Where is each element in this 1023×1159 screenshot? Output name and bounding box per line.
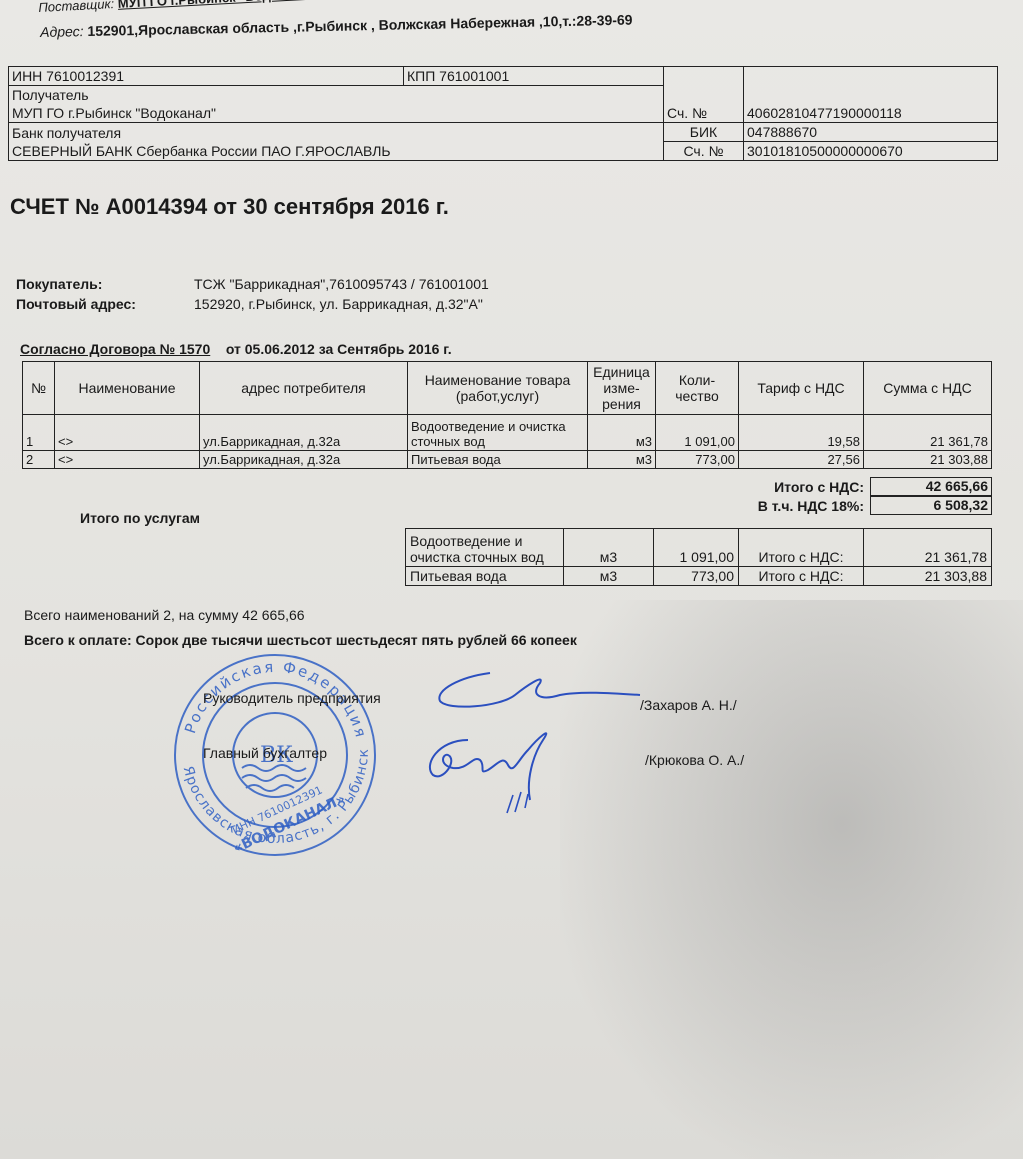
- bik-label: БИК: [664, 123, 744, 142]
- bank-details-table: ИНН 7610012391 КПП 761001001 Сч. № 40602…: [8, 66, 998, 161]
- col-header: Тариф с НДС: [739, 362, 864, 415]
- row-name: <>: [55, 451, 200, 469]
- buyer-label: Покупатель:: [16, 274, 194, 294]
- corr-account-label: Сч. №: [664, 142, 744, 161]
- contract-number: Согласно Договора № 1570: [20, 341, 210, 357]
- items-count-line: Всего наименований 2, на сумму 42 665,66: [24, 607, 305, 623]
- postal-label: Почтовый адрес:: [16, 294, 194, 314]
- svc-sum: 21 361,78: [864, 529, 992, 567]
- vat-label: В т.ч. НДС 18%:: [758, 498, 870, 514]
- supplier-name: МУП ГО г.Рыбинск "Водоканал": [117, 0, 322, 11]
- bank-label: Банк получателя: [9, 123, 664, 142]
- svc-qty: 773,00: [654, 567, 739, 586]
- vat-value: 6 508,32: [870, 496, 992, 515]
- totals-block: Итого с НДС:42 665,66 В т.ч. НДС 18%:6 5…: [600, 477, 992, 515]
- corr-account: 30101810500000000670: [744, 142, 998, 161]
- row-number: 1: [23, 415, 55, 451]
- col-header: Коли-чество: [656, 362, 739, 415]
- buyer-block: Покупатель:ТСЖ "Баррикадная",7610095743 …: [16, 274, 489, 314]
- table-row: Питьевая вода м3 773,00 Итого с НДС: 21 …: [406, 567, 992, 586]
- kpp: КПП 761001001: [404, 67, 664, 86]
- account-number: 40602810477190000118: [744, 67, 998, 123]
- col-header: Единица изме-рения: [588, 362, 656, 415]
- table-row: 1 <> ул.Баррикадная, д.32а Водоотведение…: [23, 415, 992, 451]
- supplier-label: Поставщик:: [38, 0, 115, 15]
- row-unit: м3: [588, 451, 656, 469]
- svc-service: Питьевая вода: [406, 567, 564, 586]
- col-header: №: [23, 362, 55, 415]
- contract-line: Согласно Договора № 1570 от 05.06.2012 з…: [20, 341, 452, 357]
- supplier-address: 152901,Ярославская область ,г.Рыбинск , …: [87, 12, 632, 39]
- inn: ИНН 7610012391: [9, 67, 404, 86]
- col-header: Наименование товара (работ,услуг): [408, 362, 588, 415]
- row-service: Водоотведение и очистка сточных вод: [408, 415, 588, 451]
- recipient-name: МУП ГО г.Рыбинск "Водоканал": [9, 104, 664, 123]
- row-name: <>: [55, 415, 200, 451]
- total-value: 42 665,66: [870, 477, 992, 496]
- svc-unit: м3: [564, 529, 654, 567]
- svc-qty: 1 091,00: [654, 529, 739, 567]
- supplier-line: Поставщик: МУП ГО г.Рыбинск "Водоканал": [38, 0, 322, 15]
- row-sum: 21 303,88: [864, 451, 992, 469]
- accountant-signature-icon: [418, 720, 578, 820]
- row-qty: 773,00: [656, 451, 739, 469]
- row-address: ул.Баррикадная, д.32а: [200, 415, 408, 451]
- buyer-value: ТСЖ "Баррикадная",7610095743 / 761001001: [194, 276, 489, 292]
- row-sum: 21 361,78: [864, 415, 992, 451]
- svc-sum: 21 303,88: [864, 567, 992, 586]
- postal-value: 152920, г.Рыбинск, ул. Баррикадная, д.32…: [194, 296, 483, 312]
- row-tariff: 19,58: [739, 415, 864, 451]
- items-table: № Наименование адрес потребителя Наимено…: [22, 361, 992, 469]
- services-label: Итого по услугам: [80, 510, 200, 526]
- director-signature-icon: [430, 665, 650, 725]
- row-tariff: 27,56: [739, 451, 864, 469]
- invoice-title: СЧЕТ № А0014394 от 30 сентября 2016 г.: [10, 194, 449, 220]
- row-qty: 1 091,00: [656, 415, 739, 451]
- supplier-address-line: Адрес: 152901,Ярославская область ,г.Рыб…: [40, 12, 633, 40]
- bik: 047888670: [744, 123, 998, 142]
- account-label: Сч. №: [664, 67, 744, 123]
- director-name: /Захаров А. Н./: [640, 697, 737, 713]
- contract-period: от 05.06.2012 за Сентябрь 2016 г.: [226, 341, 452, 357]
- row-number: 2: [23, 451, 55, 469]
- row-unit: м3: [588, 415, 656, 451]
- amount-in-words: Всего к оплате: Сорок две тысячи шестьсо…: [24, 632, 577, 648]
- svc-unit: м3: [564, 567, 654, 586]
- services-table: Водоотведение и очистка сточных вод м3 1…: [405, 528, 992, 586]
- col-header: Сумма с НДС: [864, 362, 992, 415]
- svc-service: Водоотведение и очистка сточных вод: [406, 529, 564, 567]
- table-row: 2 <> ул.Баррикадная, д.32а Питьевая вода…: [23, 451, 992, 469]
- accountant-name: /Крюкова О. А./: [645, 752, 744, 768]
- row-service: Питьевая вода: [408, 451, 588, 469]
- total-label: Итого с НДС:: [774, 479, 870, 495]
- bank-name: СЕВЕРНЫЙ БАНК Сбербанка России ПАО Г.ЯРО…: [9, 142, 664, 161]
- row-address: ул.Баррикадная, д.32а: [200, 451, 408, 469]
- director-label: Руководитель предприятия: [203, 690, 381, 706]
- address-label: Адрес:: [40, 23, 84, 40]
- accountant-label: Главный бухгалтер: [203, 745, 327, 761]
- svc-label: Итого с НДС:: [739, 567, 864, 586]
- table-row: Водоотведение и очистка сточных вод м3 1…: [406, 529, 992, 567]
- col-header: Наименование: [55, 362, 200, 415]
- svc-label: Итого с НДС:: [739, 529, 864, 567]
- col-header: адрес потребителя: [200, 362, 408, 415]
- recipient-label: Получатель: [9, 86, 664, 105]
